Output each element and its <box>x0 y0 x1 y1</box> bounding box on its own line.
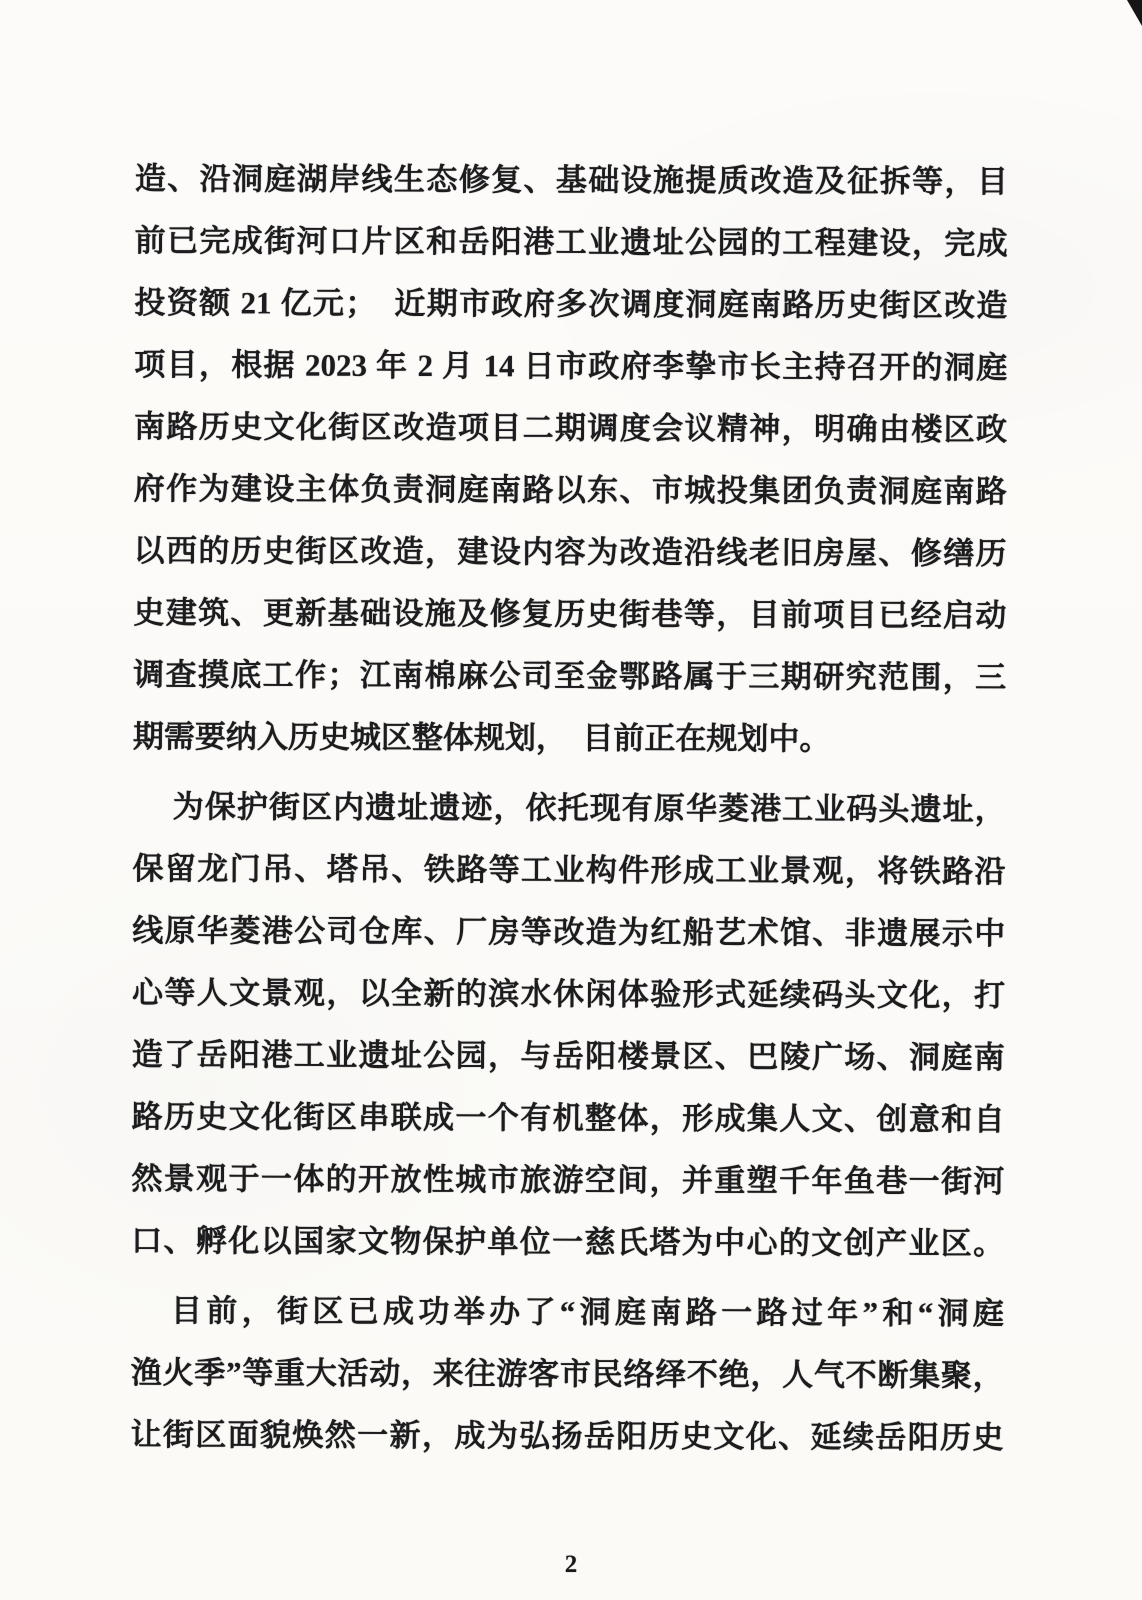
text-line: 期需要纳入历史城区整体规划， 目前正在规划中。 <box>133 706 1006 771</box>
text-line: 保留龙门吊、塔吊、铁路等工业构件形成工业景观，将铁路沿 <box>132 838 1005 903</box>
text-line: 然景观于一体的开放性城市旅游空间，并重塑千年鱼巷一街河 <box>131 1148 1004 1213</box>
text-line: 造了岳阳港工业遗址公园，与岳阳楼景区、巴陵广场、洞庭南 <box>132 1024 1005 1089</box>
text-line: 口、孵化以国家文物保护单位一慈氏塔为中心的文创产业区。 <box>131 1210 1004 1275</box>
text-line: 调查摸底工作；江南棉麻公司至金鄂路属于三期研究范围，三 <box>133 644 1006 709</box>
text-line: 史建筑、更新基础设施及修复历史街巷等，目前项目已经启动 <box>133 582 1006 647</box>
text-line: 项目，根据 2023 年 2 月 14 日市政府李挚市长主持召开的洞庭 <box>134 334 1007 399</box>
text-line: 造、沿洞庭湖岸线生态修复、基础设施提质改造及征拆等，目 <box>135 148 1008 213</box>
text-line: 以西的历史街区改造，建设内容为改造沿线老旧房屋、修缮历 <box>133 520 1006 585</box>
scan-corner-artifact <box>1127 0 1142 26</box>
paragraph-2: 为保护街区内遗址遗迹，依托现有原华菱港工业码头遗址， 保留龙门吊、塔吊、铁路等工… <box>131 776 1006 1275</box>
text-line: 渔火季”等重大活动，来往游客市民络绎不绝，人气不断集聚， <box>131 1342 1004 1407</box>
scanned-page: 造、沿洞庭湖岸线生态修复、基础设施提质改造及征拆等，目 前已完成街河口片区和岳阳… <box>0 0 1142 1600</box>
text-line: 前已完成街河口片区和岳阳港工业遗址公园的工程建设，完成 <box>135 210 1008 275</box>
page-number: 2 <box>0 1551 1142 1579</box>
text-line: 线原华菱港公司仓库、厂房等改造为红船艺术馆、非遗展示中 <box>132 900 1005 965</box>
paragraph-1: 造、沿洞庭湖岸线生态修复、基础设施提质改造及征拆等，目 前已完成街河口片区和岳阳… <box>133 148 1008 771</box>
text-line: 为保护街区内遗址遗迹，依托现有原华菱港工业码头遗址， <box>133 776 1006 841</box>
text-line: 心等人文景观，以全新的滨水休闲体验形式延续码头文化，打 <box>132 962 1005 1027</box>
text-line: 投资额 21 亿元； 近期市政府多次调度洞庭南路历史街区改造 <box>134 272 1007 337</box>
text-line: 路历史文化街区串联成一个有机整体，形成集人文、创意和自 <box>132 1086 1005 1151</box>
document-body: 造、沿洞庭湖岸线生态修复、基础设施提质改造及征拆等，目 前已完成街河口片区和岳阳… <box>130 148 1008 1469</box>
text-line: 目前，街区已成功举办了“洞庭南路一路过年”和“洞庭 <box>131 1280 1004 1345</box>
paragraph-3: 目前，街区已成功举办了“洞庭南路一路过年”和“洞庭 渔火季”等重大活动，来往游客… <box>130 1280 1004 1469</box>
text-line: 南路历史文化街区改造项目二期调度会议精神，明确由楼区政 <box>134 396 1007 461</box>
text-line: 让街区面貌焕然一新，成为弘扬岳阳历史文化、延续岳阳历史 <box>130 1404 1003 1469</box>
text-line: 府作为建设主体负责洞庭南路以东、市城投集团负责洞庭南路 <box>134 458 1007 523</box>
